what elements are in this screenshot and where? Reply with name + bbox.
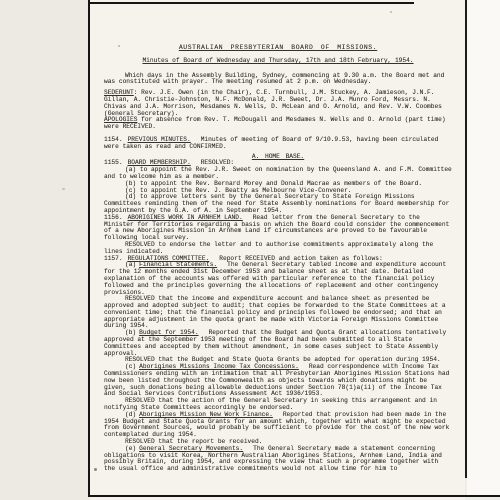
apologies-paragraph: APOLOGIES for absence from Rev. T. McDou… [104,117,452,131]
sub-item-d: (d) to approve letters sent by the Gener… [104,194,452,214]
page-border-bottom [88,495,500,497]
scan-margin-left [0,0,90,500]
section-heading-text: A. HOME BASE. [252,153,304,160]
page-border-right [465,0,467,478]
paragraph-text: for absence from Rev. T. McDougall and M… [104,116,446,130]
sederunt-paragraph: SEDERUNT: Rev. J.E. Owen (in the Chair),… [104,90,452,117]
minute-item-1154: 1154.PREVIOUS MINUTES.Minutes of meeting… [104,137,452,151]
minute-number: 1155. [104,159,123,166]
paragraph-text: RESOLVED that the action of the General … [104,397,437,411]
minute-item-1156: 1156.ABORIGINES WORK IN ARNHEM LAND.Read… [104,215,452,242]
sub-item-a: (a) to appoint the Rev. J.R. Sweet on no… [104,167,452,181]
scan-margin-right [467,0,500,495]
resolution-paragraph: RESOLVED that the action of the General … [104,398,452,412]
sub-item-d-new-work-finance: (d)Aborigines Mission New Work Finance.R… [104,412,452,439]
sub-item-b-budget: (b)Budget for 1954.Reported that the Bud… [104,330,452,357]
sub-item-c-tax-concessions: (c)Aborigines Missions Income Tax Conces… [104,364,452,398]
scanned-document: AUSTRALIAN PRESBYTERIAN BOARD OF MISSION… [0,0,500,500]
document-content: AUSTRALIAN PRESBYTERIAN BOARD OF MISSION… [104,0,452,473]
paragraph-text: (d) to approve letters sent by the Gener… [104,193,449,214]
minute-number: 1157. [104,255,123,262]
paragraph-text: RESOLVED that the report be received. [125,438,262,445]
paragraph-text: RESOLVED to endorse the letter and to au… [104,241,433,255]
sub-item-a-financial-statements: (a)Financial Statements.The General Secr… [104,262,452,296]
document-subtitle: Minutes of Board of Wednesday and Thursd… [104,58,452,65]
paragraph-text: (a) to appoint the Rev. J.R. Sweet on no… [104,166,452,180]
paragraph-text: RESOLVED that the income and expenditure… [104,295,446,329]
scan-speck [94,468,97,471]
document-title: AUSTRALIAN PRESBYTERIAN BOARD OF MISSION… [104,45,452,52]
resolution-paragraph: RESOLVED that the income and expenditure… [104,296,452,330]
resolution-paragraph: RESOLVED to endorse the letter and to au… [104,242,452,256]
scan-speck [62,188,65,190]
paragraph-text: : Rev. J.E. Owen (in the Chair), C.E. Tu… [104,89,442,116]
intro-paragraph: Which days in the Assembly Building, Syd… [104,73,452,87]
paragraph-text: Which days in the Assembly Building, Syd… [104,72,444,86]
sub-item-e-secretary-movements: (e)General Secretary Movements.The Gener… [104,446,452,473]
page-border-left [88,0,90,497]
